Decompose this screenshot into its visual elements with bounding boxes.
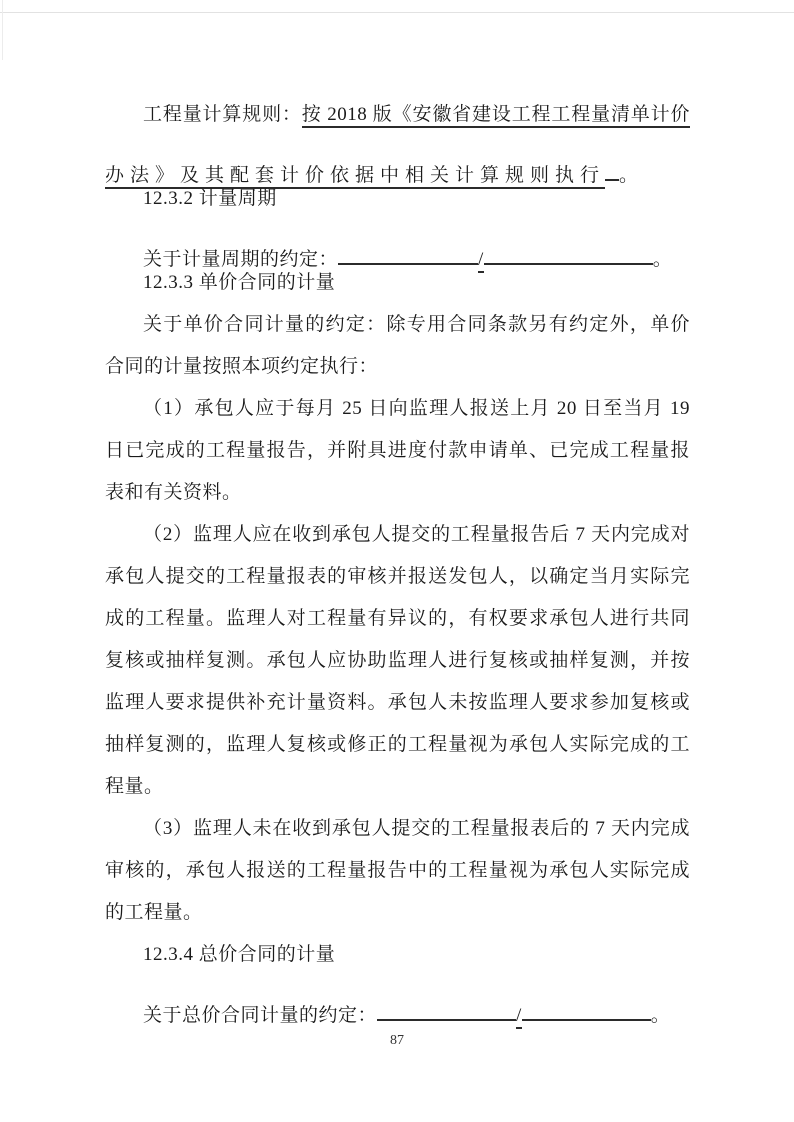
page-number: 87 bbox=[390, 1033, 404, 1048]
body-line: （1）承包人应于每月 25 日向监理人报送上月 20 日至当月 19 bbox=[105, 388, 690, 430]
text-run: 12.3.4 总价合同的计量 bbox=[143, 944, 335, 965]
body-line: 成的工程量。监理人对工程量有异议的，有权要求承包人进行共同 bbox=[105, 598, 690, 640]
body-line: 办法》及其配套计价依据中相关计算规则执行 。 bbox=[105, 136, 690, 178]
text-run: 承包人提交的工程量报表的审核并报送发包人，以确定当月实际完 bbox=[105, 566, 690, 587]
blank-field bbox=[377, 976, 516, 1021]
text-run: 关于单价合同计量的约定：除专用合同条款另有约定外，单价 bbox=[143, 314, 690, 335]
body-line: 审核的，承包人报送的工程量报告中的工程量视为承包人实际完成 bbox=[105, 850, 690, 892]
body-line: 工程量计算规则：按 2018 版《安徽省建设工程工程量清单计价 bbox=[105, 94, 690, 136]
body-line: 程量。 bbox=[105, 766, 690, 808]
blank-field bbox=[522, 976, 651, 1021]
fill-in-line: 关于计量周期的约定： / 。 bbox=[105, 220, 690, 262]
text-run: 表和有关资料。 bbox=[105, 482, 242, 503]
body-line: 抽样复测的，监理人复核或修正的工程量视为承包人实际完成的工 bbox=[105, 724, 690, 766]
page-footer: 87 bbox=[0, 1033, 794, 1049]
blank-field bbox=[338, 220, 478, 265]
body-line: （3）监理人未在收到承包人提交的工程量报表后的 7 天内完成 bbox=[105, 808, 690, 850]
text-run: 工程量计算规则： bbox=[143, 104, 302, 125]
body-line: 日已完成的工程量报告，并附具进度付款申请单、已完成工程量报 bbox=[105, 430, 690, 472]
body-line: 表和有关资料。 bbox=[105, 472, 690, 514]
text-run: （1）承包人应于每月 25 日向监理人报送上月 20 日至当月 19 bbox=[143, 398, 690, 419]
text-run: （3）监理人未在收到承包人提交的工程量报表后的 7 天内完成 bbox=[143, 818, 690, 839]
text-run: 程量。 bbox=[105, 776, 164, 797]
body-line: （2）监理人应在收到承包人提交的工程量报告后 7 天内完成对 bbox=[105, 514, 690, 556]
text-run: 12.3.2 计量周期 bbox=[143, 188, 277, 209]
text-run: 。 bbox=[653, 249, 673, 270]
text-run: 12.3.3 单价合同的计量 bbox=[143, 272, 335, 293]
text-run: 的工程量。 bbox=[105, 902, 203, 923]
text-run: 抽样复测的，监理人复核或修正的工程量视为承包人实际完成的工 bbox=[105, 734, 690, 755]
underlined-text: 按 2018 版《安徽省建设工程工程量清单计价 bbox=[302, 104, 690, 128]
body-line: 承包人提交的工程量报表的审核并报送发包人，以确定当月实际完 bbox=[105, 556, 690, 598]
text-run: 成的工程量。监理人对工程量有异议的，有权要求承包人进行共同 bbox=[105, 608, 690, 629]
text-run: 监理人要求提供补充计量资料。承包人未按监理人要求参加复核或 bbox=[105, 692, 690, 713]
body-line: 关于单价合同计量的约定：除专用合同条款另有约定外，单价 bbox=[105, 304, 690, 346]
section-heading: 12.3.4 总价合同的计量 bbox=[105, 934, 690, 976]
scan-edge-left bbox=[2, 0, 3, 60]
body-line: 监理人要求提供补充计量资料。承包人未按监理人要求参加复核或 bbox=[105, 682, 690, 724]
blank-field bbox=[605, 136, 619, 181]
blank-field bbox=[484, 220, 653, 265]
fill-in-line: 关于总价合同计量的约定： / 。 bbox=[105, 976, 690, 1018]
body-line: 复核或抽样复测。承包人应协助监理人进行复核或抽样复测，并按 bbox=[105, 640, 690, 682]
scan-edge-top bbox=[0, 12, 794, 13]
text-run: 日已完成的工程量报告，并附具进度付款申请单、已完成工程量报 bbox=[105, 440, 690, 461]
text-run: 合同的计量按照本项约定执行： bbox=[105, 356, 378, 377]
text-run: 。 bbox=[619, 165, 639, 186]
section-heading: 12.3.3 单价合同的计量 bbox=[105, 262, 690, 304]
page-content: 工程量计算规则：按 2018 版《安徽省建设工程工程量清单计价办法》及其配套计价… bbox=[105, 94, 690, 1018]
text-run: 复核或抽样复测。承包人应协助监理人进行复核或抽样复测，并按 bbox=[105, 650, 690, 671]
document-page: 工程量计算规则：按 2018 版《安徽省建设工程工程量清单计价办法》及其配套计价… bbox=[0, 0, 794, 1122]
text-run: 关于总价合同计量的约定： bbox=[143, 1005, 377, 1026]
text-run: 审核的，承包人报送的工程量报告中的工程量视为承包人实际完成 bbox=[105, 860, 690, 881]
text-run: （2）监理人应在收到承包人提交的工程量报告后 7 天内完成对 bbox=[143, 524, 690, 545]
text-run: 。 bbox=[651, 1005, 671, 1026]
body-line: 的工程量。 bbox=[105, 892, 690, 934]
body-line: 合同的计量按照本项约定执行： bbox=[105, 346, 690, 388]
